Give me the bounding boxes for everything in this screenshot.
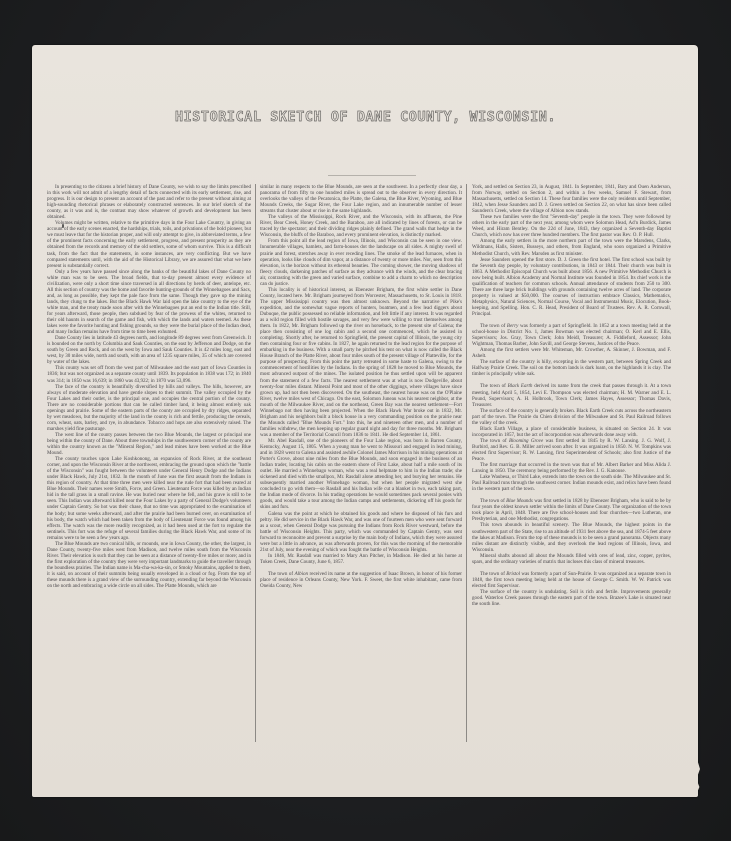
paragraph: Lake Waubesa, or Third Lake, extends int…	[472, 474, 671, 492]
text-columns: In presenting to the citizens a brief hi…	[47, 184, 671, 784]
paragraph: From this point all the lead region of I…	[260, 238, 462, 286]
paragraph: Galena was the point at which he obtaine…	[260, 511, 462, 553]
paragraph: Only a few years have passed since along…	[47, 269, 251, 336]
paragraph: This town abounds in beautiful scenery. …	[472, 522, 671, 552]
paragraph: Black Earth Village, a place of consider…	[472, 426, 671, 438]
paragraph: York, and settled on Section 23, in Augu…	[472, 184, 671, 214]
paragraph: These two families were the first "Seven…	[472, 214, 671, 238]
paragraph: Dane County lies in latitude 43 degrees …	[47, 335, 251, 365]
town-name: Black Earth	[508, 383, 533, 389]
paragraph: Among the early settlers in the more nor…	[472, 238, 671, 256]
paragraph: Volumes might be written, relative to th…	[47, 220, 251, 268]
town-name: Bristol	[506, 571, 520, 577]
paragraph: This county was set off from the west pa…	[47, 365, 251, 383]
paragraph: The town of Albion received its name at …	[260, 571, 462, 589]
paragraph: The face of the country is beautifully d…	[47, 384, 251, 432]
title-rule	[328, 175, 416, 176]
column-3: York, and settled on Section 23, in Augu…	[467, 184, 671, 784]
paragraph: Mr. Abel Rasdall, one of the pioneers of…	[260, 438, 462, 511]
paragraph: similar in many respects to the Blue Mou…	[260, 184, 462, 214]
paragraph: The west line of the county passes betwe…	[47, 432, 251, 456]
column-2: similar in many respects to the Blue Mou…	[255, 184, 467, 742]
paragraph: Among the first settlers were Mr. Whitem…	[472, 347, 671, 359]
paragraph: In presenting to the citizens a brief hi…	[47, 184, 251, 220]
paragraph: Jesse Saunders opened the first store. D…	[472, 257, 671, 317]
paragraph: The town of Bristol was formerly a part …	[472, 571, 671, 589]
paragraph: The surface of the country is hilly, exc…	[472, 359, 671, 377]
page-title: Historical Sketch of Dane County, Wiscon…	[0, 110, 731, 125]
column-1: In presenting to the citizens a brief hi…	[47, 184, 255, 784]
paragraph: The county touches upon Lake Koshkonong,…	[47, 456, 251, 541]
paragraph: The town of Berry was formerly a part of…	[472, 323, 671, 347]
paragraph: The first marriage that occurred in the …	[472, 462, 671, 474]
town-name: Berry	[507, 323, 519, 329]
paragraph: The Blue Mounds are two conical hills, o…	[47, 541, 251, 589]
paragraph: In 1846, Mr. Rasdall was married to Mary…	[260, 553, 462, 565]
paragraph: The town of Blue Mounds was first settle…	[472, 498, 671, 522]
paragraph: The town of Blooming Grove was first set…	[472, 438, 671, 462]
town-name: Blue Mounds	[506, 498, 533, 504]
paragraph: This locality is of historical interest,…	[260, 287, 462, 438]
paragraph: The surface of the country is generally …	[472, 408, 671, 426]
paragraph: The town of Black Earth derived its name…	[472, 383, 671, 407]
town-name: Albion	[295, 571, 308, 577]
paragraph: The valleys of the Mississippi, Rock Riv…	[260, 214, 462, 238]
paragraph: The surface of the country is undulating…	[472, 589, 671, 607]
paragraph: Mineral shafts abound all about the Moun…	[472, 553, 671, 565]
town-name: Blooming Grove	[509, 438, 543, 444]
